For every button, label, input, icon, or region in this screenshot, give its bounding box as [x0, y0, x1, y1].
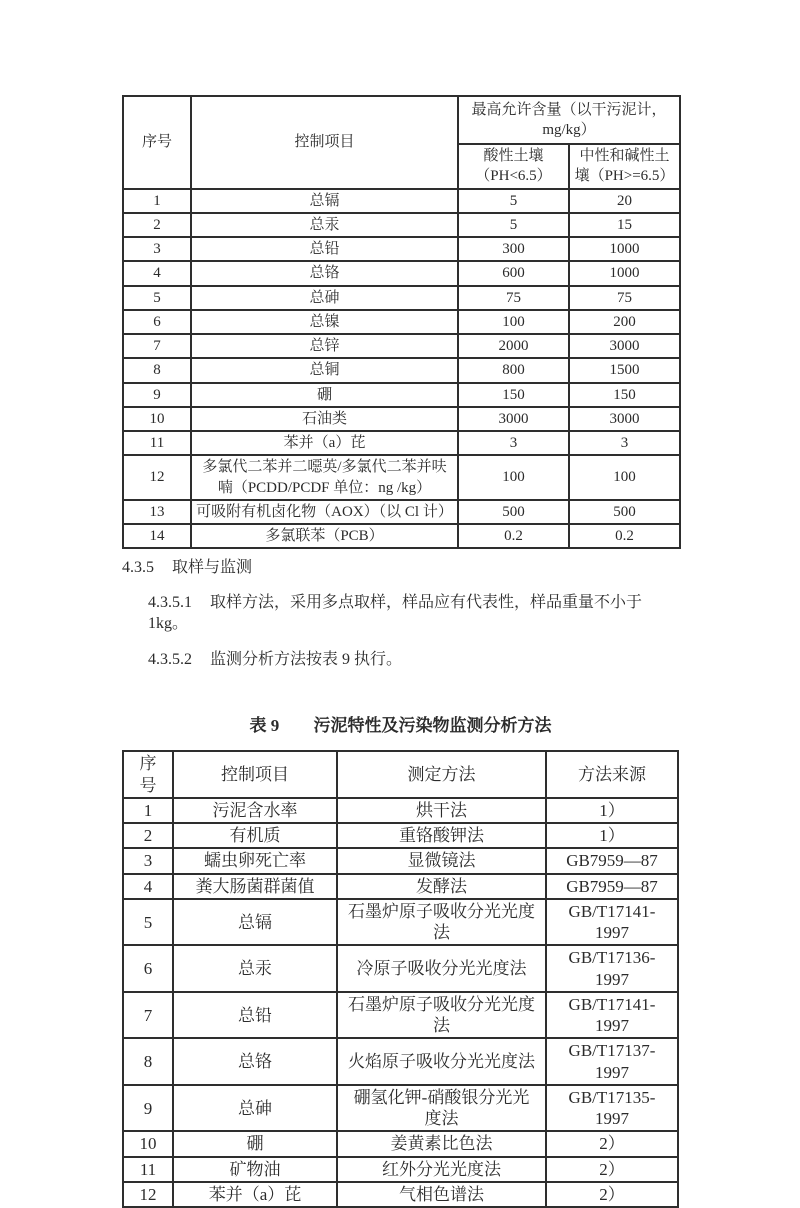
- seq-cell: 2: [123, 213, 191, 237]
- seq-cell: 7: [123, 334, 191, 358]
- clause-number: 4.3.5.1: [148, 594, 192, 611]
- table-row: 11苯并（a）芘33: [123, 431, 680, 455]
- method-source-cell: GB/T17141-1997: [546, 992, 678, 1039]
- table-row: 10石油类30003000: [123, 407, 680, 431]
- table-9-caption-title: 污泥特性及污染物监测分析方法: [314, 716, 552, 735]
- control-item-cell: 石油类: [191, 407, 458, 431]
- neutral-soil-limit-cell: 150: [569, 383, 680, 407]
- clause-4-3-5-2: 4.3.5.2 监测分析方法按表 9 执行。: [122, 650, 679, 671]
- seq-cell: 10: [123, 407, 191, 431]
- neutral-soil-limit-cell: 1000: [569, 261, 680, 285]
- table-9-header-source: 方法来源: [546, 751, 678, 798]
- neutral-soil-limit-cell: 20: [569, 189, 680, 213]
- control-item-cell: 总铅: [173, 992, 337, 1039]
- control-item-cell: 总镉: [173, 899, 337, 946]
- method-cell: 姜黄素比色法: [337, 1131, 546, 1156]
- table-8-body: 1总镉5202总汞5153总铅30010004总铬60010005总砷75756…: [123, 189, 680, 549]
- seq-cell: 12: [123, 455, 191, 500]
- table-9-caption: 表 9 污泥特性及污染物监测分析方法: [122, 711, 679, 736]
- seq-cell: 1: [123, 798, 173, 823]
- method-cell: 石墨炉原子吸收分光光度法: [337, 992, 546, 1039]
- control-item-cell: 总铬: [173, 1038, 337, 1085]
- table-8-header-neutral-soil: 中性和碱性土壤（PH>=6.5）: [569, 144, 680, 189]
- seq-cell: 14: [123, 524, 191, 548]
- neutral-soil-limit-cell: 100: [569, 455, 680, 500]
- acid-soil-limit-cell: 500: [458, 500, 569, 524]
- document-page: 序号 控制项目 最高允许含量（以干污泥计，mg/kg） 酸性土壤（PH<6.5）…: [122, 95, 679, 1208]
- seq-cell: 6: [123, 310, 191, 334]
- table-row: 4粪大肠菌群菌值发酵法GB7959—87: [123, 874, 678, 899]
- control-item-cell: 硼: [191, 383, 458, 407]
- table-row: 11矿物油红外分光光度法2）: [123, 1157, 678, 1182]
- table-8-header-acid-soil: 酸性土壤（PH<6.5）: [458, 144, 569, 189]
- control-item-cell: 总砷: [191, 286, 458, 310]
- control-item-cell: 污泥含水率: [173, 798, 337, 823]
- acid-soil-limit-cell: 100: [458, 455, 569, 500]
- control-item-cell: 总镉: [191, 189, 458, 213]
- seq-cell: 12: [123, 1182, 173, 1207]
- seq-cell: 4: [123, 874, 173, 899]
- table-row: 1总镉520: [123, 189, 680, 213]
- neutral-soil-limit-cell: 500: [569, 500, 680, 524]
- clause-text: 监测分析方法按表 9 执行。: [210, 651, 402, 668]
- method-source-cell: 2）: [546, 1182, 678, 1207]
- acid-soil-limit-cell: 600: [458, 261, 569, 285]
- method-cell: 发酵法: [337, 874, 546, 899]
- clause-text: 取样方法，采用多点取样，样品应有代表性，样品重量不小于 1kg。: [148, 594, 642, 632]
- neutral-soil-limit-cell: 0.2: [569, 524, 680, 548]
- method-source-cell: 2）: [546, 1157, 678, 1182]
- acid-soil-limit-cell: 0.2: [458, 524, 569, 548]
- method-cell: 显微镜法: [337, 848, 546, 873]
- control-item-cell: 有机质: [173, 823, 337, 848]
- control-item-cell: 总铅: [191, 237, 458, 261]
- control-item-cell: 可吸附有机卤化物（AOX）（以 Cl 计）: [191, 500, 458, 524]
- seq-cell: 9: [123, 1085, 173, 1132]
- method-source-cell: 2）: [546, 1131, 678, 1156]
- table-8-header-seq: 序号: [123, 96, 191, 189]
- table-row: 12苯并（a）芘气相色谱法2）: [123, 1182, 678, 1207]
- method-source-cell: GB7959—87: [546, 848, 678, 873]
- clause-number: 4.3.5.2: [148, 651, 192, 668]
- table-row: 4总铬6001000: [123, 261, 680, 285]
- neutral-soil-limit-cell: 3000: [569, 334, 680, 358]
- method-cell: 石墨炉原子吸收分光光度法: [337, 899, 546, 946]
- seq-cell: 8: [123, 1038, 173, 1085]
- acid-soil-limit-cell: 150: [458, 383, 569, 407]
- table-row: 2总汞515: [123, 213, 680, 237]
- seq-cell: 6: [123, 945, 173, 992]
- neutral-soil-limit-cell: 75: [569, 286, 680, 310]
- table-row: 7总锌20003000: [123, 334, 680, 358]
- table-row: 6总镍100200: [123, 310, 680, 334]
- control-item-cell: 总镍: [191, 310, 458, 334]
- acid-soil-limit-cell: 300: [458, 237, 569, 261]
- acid-soil-limit-cell: 100: [458, 310, 569, 334]
- seq-cell: 8: [123, 358, 191, 382]
- table-row: 5总镉石墨炉原子吸收分光光度法GB/T17141-1997: [123, 899, 678, 946]
- table-8-header-row-1: 序号 控制项目 最高允许含量（以干污泥计，mg/kg）: [123, 96, 680, 144]
- acid-soil-limit-cell: 5: [458, 213, 569, 237]
- seq-cell: 1: [123, 189, 191, 213]
- neutral-soil-limit-cell: 15: [569, 213, 680, 237]
- control-item-cell: 总锌: [191, 334, 458, 358]
- seq-cell: 4: [123, 261, 191, 285]
- seq-cell: 10: [123, 1131, 173, 1156]
- control-item-cell: 苯并（a）芘: [191, 431, 458, 455]
- control-item-cell: 硼: [173, 1131, 337, 1156]
- table-8-header-max-allowed: 最高允许含量（以干污泥计，mg/kg）: [458, 96, 680, 144]
- table-row: 7总铅石墨炉原子吸收分光光度法GB/T17141-1997: [123, 992, 678, 1039]
- method-source-cell: 1）: [546, 798, 678, 823]
- control-item-cell: 苯并（a）芘: [173, 1182, 337, 1207]
- table-row: 14多氯联苯（PCB）0.20.2: [123, 524, 680, 548]
- method-source-cell: GB7959—87: [546, 874, 678, 899]
- table-9-header-row: 序号 控制项目 测定方法 方法来源: [123, 751, 678, 798]
- method-cell: 冷原子吸收分光光度法: [337, 945, 546, 992]
- neutral-soil-limit-cell: 200: [569, 310, 680, 334]
- control-item-cell: 粪大肠菌群菌值: [173, 874, 337, 899]
- table-9-monitoring-methods: 序号 控制项目 测定方法 方法来源 1污泥含水率烘干法1）2有机质重铬酸钾法1）…: [122, 750, 679, 1208]
- control-item-cell: 总砷: [173, 1085, 337, 1132]
- method-source-cell: GB/T17141-1997: [546, 899, 678, 946]
- table-9-header-method: 测定方法: [337, 751, 546, 798]
- method-source-cell: GB/T17135-1997: [546, 1085, 678, 1132]
- acid-soil-limit-cell: 3000: [458, 407, 569, 431]
- method-cell: 硼氢化钾-硝酸银分光光度法: [337, 1085, 546, 1132]
- seq-cell: 5: [123, 286, 191, 310]
- acid-soil-limit-cell: 75: [458, 286, 569, 310]
- table-9-header-item: 控制项目: [173, 751, 337, 798]
- control-item-cell: 总汞: [191, 213, 458, 237]
- table-row: 8总铬火焰原子吸收分光光度法GB/T17137-1997: [123, 1038, 678, 1085]
- table-row: 1污泥含水率烘干法1）: [123, 798, 678, 823]
- table-9-header-seq: 序号: [123, 751, 173, 798]
- neutral-soil-limit-cell: 3000: [569, 407, 680, 431]
- acid-soil-limit-cell: 800: [458, 358, 569, 382]
- acid-soil-limit-cell: 2000: [458, 334, 569, 358]
- seq-cell: 7: [123, 992, 173, 1039]
- neutral-soil-limit-cell: 3: [569, 431, 680, 455]
- method-cell: 重铬酸钾法: [337, 823, 546, 848]
- table-row: 9硼150150: [123, 383, 680, 407]
- clause-4-3-5: 4.3.5 取样与监测: [122, 558, 679, 579]
- table-row: 9总砷硼氢化钾-硝酸银分光光度法GB/T17135-1997: [123, 1085, 678, 1132]
- neutral-soil-limit-cell: 1000: [569, 237, 680, 261]
- clause-4-3-5-1: 4.3.5.1 取样方法，采用多点取样，样品应有代表性，样品重量不小于 1kg。: [122, 593, 679, 635]
- seq-cell: 13: [123, 500, 191, 524]
- seq-cell: 3: [123, 848, 173, 873]
- table-row: 12多氯代二苯并二噁英/多氯代二苯并呋喃（PCDD/PCDF 单位：ng /kg…: [123, 455, 680, 500]
- seq-cell: 3: [123, 237, 191, 261]
- neutral-soil-limit-cell: 1500: [569, 358, 680, 382]
- method-source-cell: GB/T17136-1997: [546, 945, 678, 992]
- table-row: 6总汞冷原子吸收分光光度法GB/T17136-1997: [123, 945, 678, 992]
- control-item-cell: 多氯代二苯并二噁英/多氯代二苯并呋喃（PCDD/PCDF 单位：ng /kg）: [191, 455, 458, 500]
- seq-cell: 11: [123, 1157, 173, 1182]
- clause-text: 取样与监测: [172, 559, 252, 576]
- acid-soil-limit-cell: 5: [458, 189, 569, 213]
- method-source-cell: GB/T17137-1997: [546, 1038, 678, 1085]
- control-item-cell: 矿物油: [173, 1157, 337, 1182]
- table-row: 2有机质重铬酸钾法1）: [123, 823, 678, 848]
- table-8-pollutant-limits: 序号 控制项目 最高允许含量（以干污泥计，mg/kg） 酸性土壤（PH<6.5）…: [122, 95, 681, 549]
- table-9-caption-label: 表 9: [250, 716, 280, 735]
- table-row: 3蠕虫卵死亡率显微镜法GB7959—87: [123, 848, 678, 873]
- method-cell: 气相色谱法: [337, 1182, 546, 1207]
- table-row: 5总砷7575: [123, 286, 680, 310]
- seq-cell: 5: [123, 899, 173, 946]
- control-item-cell: 多氯联苯（PCB）: [191, 524, 458, 548]
- seq-cell: 9: [123, 383, 191, 407]
- control-item-cell: 总铬: [191, 261, 458, 285]
- table-row: 10硼姜黄素比色法2）: [123, 1131, 678, 1156]
- table-row: 8总铜8001500: [123, 358, 680, 382]
- control-item-cell: 总铜: [191, 358, 458, 382]
- method-cell: 火焰原子吸收分光光度法: [337, 1038, 546, 1085]
- clause-number: 4.3.5: [122, 559, 154, 576]
- seq-cell: 11: [123, 431, 191, 455]
- seq-cell: 2: [123, 823, 173, 848]
- control-item-cell: 总汞: [173, 945, 337, 992]
- method-cell: 烘干法: [337, 798, 546, 823]
- table-row: 13可吸附有机卤化物（AOX）（以 Cl 计）500500: [123, 500, 680, 524]
- method-cell: 红外分光光度法: [337, 1157, 546, 1182]
- control-item-cell: 蠕虫卵死亡率: [173, 848, 337, 873]
- acid-soil-limit-cell: 3: [458, 431, 569, 455]
- method-source-cell: 1）: [546, 823, 678, 848]
- table-8-header-item: 控制项目: [191, 96, 458, 189]
- table-9-body: 1污泥含水率烘干法1）2有机质重铬酸钾法1）3蠕虫卵死亡率显微镜法GB7959—…: [123, 798, 678, 1207]
- table-row: 3总铅3001000: [123, 237, 680, 261]
